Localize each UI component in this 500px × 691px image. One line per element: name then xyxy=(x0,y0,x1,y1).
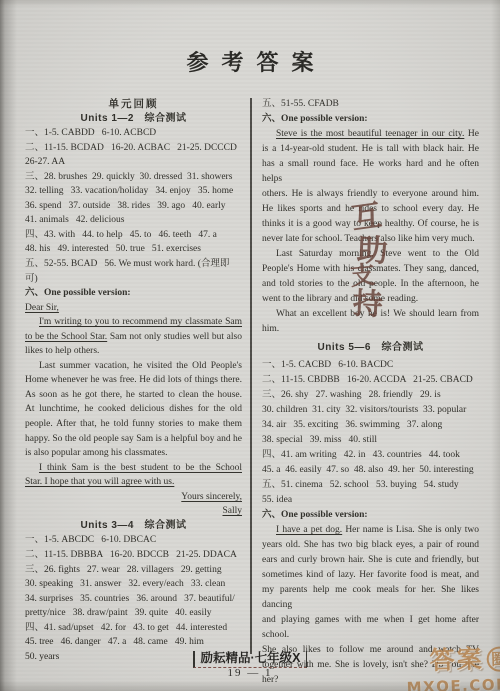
text-line: 二、11-15. DBBBA 16-20. BDCCB 21-25. DDACA xyxy=(25,548,242,563)
text-line: 45. a 46. easily 47. so 48. also 49. her… xyxy=(262,463,479,478)
text-line: 三、26. fights 27. wear 28. villagers 29. … xyxy=(25,563,242,578)
text-line: ears and curly brown hair. She is cute a… xyxy=(262,553,479,568)
text-line: is also popular among his classmates. xyxy=(25,446,242,461)
text-line: 三、26. shy 27. washing 28. friendly 29. i… xyxy=(262,388,479,403)
text-line: 32. telling 33. vacation/holiday 34. enj… xyxy=(25,184,242,199)
text-line: has a small round face. He works hard an… xyxy=(262,157,479,187)
text-line: 48. his 49. interested 50. true 51. exer… xyxy=(25,242,242,257)
text-line: 30. speaking 31. answer 32. every/each 3… xyxy=(25,577,242,592)
text-line: Sally xyxy=(25,504,242,519)
text-line: sometimes kind of lazy. Her favorite foo… xyxy=(262,568,479,583)
text-line: I'm writing to you to recommend my class… xyxy=(25,315,242,330)
footer-brand: 励耘精品·七年级X xyxy=(193,651,306,668)
text-line: People's Home with his classmates. They … xyxy=(262,262,479,277)
text-line: never late for school. Teachers also lik… xyxy=(262,232,479,247)
text-line: years old. She has two big black eyes, a… xyxy=(262,538,479,553)
text-line: 二、11-15. CBDBB 16-20. ACCDA 21-25. CBACD xyxy=(262,373,479,388)
text-line: 一、1-5. ABCDC 6-10. DBCAC xyxy=(25,533,242,548)
text-line: 36. spend 37. outside 38. rides 39. ago … xyxy=(25,199,242,214)
text-line: others. He is always friendly to everyon… xyxy=(262,187,479,202)
watermark: 答案圈 MXQE.COM xyxy=(405,638,500,691)
text-line: went to the library and did some reading… xyxy=(262,292,479,307)
text-line: At lunchtime, he cooked delicious dishes… xyxy=(25,402,242,417)
text-line: I have a pet dog. Her name is Lisa. She … xyxy=(262,523,479,538)
text-line: Units 1—2 综合测试 xyxy=(25,112,242,127)
page-title: 参考答案 xyxy=(0,46,500,77)
watermark-logo-text: 答案 xyxy=(429,644,484,675)
text-line: 四、41. am writing 42. in 43. countries 44… xyxy=(262,448,479,463)
text-line: 六、One possible version: xyxy=(262,112,479,127)
text-line: pretty/nice 38. draw/paint 39. quite 40.… xyxy=(25,606,242,621)
text-line: and told stories to the old people. In t… xyxy=(262,277,479,292)
text-line: 六、One possible version: xyxy=(262,508,479,523)
text-line: Last summer vacation, he visited the Old… xyxy=(25,359,242,374)
text-line: Steve is the most beautiful teenager in … xyxy=(262,127,479,142)
text-line: Dear Sir, xyxy=(25,301,242,316)
text-line: him. xyxy=(262,322,479,337)
text-line: Units 3—4 综合测试 xyxy=(25,519,242,534)
text-line: 55. idea xyxy=(262,493,479,508)
text-line: is a 14-year-old student. He is tall wit… xyxy=(262,142,479,157)
text-line: 41. animals 42. delicious xyxy=(25,213,242,228)
text-line: 五、51-55. CFADB xyxy=(262,97,479,112)
text-line: Yours sincerely, xyxy=(25,490,242,505)
text-line: thinks it is a good way to keep healthy.… xyxy=(262,217,479,232)
text-line: people. After that, he told funny storie… xyxy=(25,417,242,432)
text-line: 五、51. cinema 52. school 53. buying 54. s… xyxy=(262,478,479,493)
text-line: 38. special 39. miss 40. still xyxy=(262,433,479,448)
text-line: As soon as he got there, he started to c… xyxy=(25,388,242,403)
text-line: Units 5—6 综合测试 xyxy=(262,340,479,355)
text-line: 34. surprises 35. countries 36. around 3… xyxy=(25,592,242,607)
text-line: likes to help others. xyxy=(25,344,242,359)
text-line: happy. So the old people say Sam is a he… xyxy=(25,432,242,447)
text-line: 四、41. sad/upset 42. for 43. to get 44. i… xyxy=(25,621,242,636)
text-line: 二、11-15. BCDAD 16-20. ACBAC 21-25. DCCCD xyxy=(25,141,242,156)
text-line: 一、1-5. CACBD 6-10. BACDC xyxy=(262,358,479,373)
text-line: 34. air 35. exciting 36. swimming 37. al… xyxy=(262,418,479,433)
text-line: 26-27. AA xyxy=(25,155,242,170)
text-line: Home whenever he was free. He did lots o… xyxy=(25,373,242,388)
watermark-circle-icon: 圈 xyxy=(486,646,500,672)
text-line: 四、43. with 44. to help 45. to 46. teeth … xyxy=(25,228,242,243)
text-line: I think Sam is the best student to be th… xyxy=(25,461,242,476)
text-line: 六、One possible version: xyxy=(25,286,242,301)
answers-column-right: 五、51-55. CFADB六、One possible version:Ste… xyxy=(262,97,479,688)
text-line: and playing games with me when I get hom… xyxy=(262,613,479,643)
text-line: 单元回顾 xyxy=(25,97,242,112)
answers-column-left: 单元回顾Units 1—2 综合测试一、1-5. CABDD 6-10. ACB… xyxy=(25,97,242,664)
text-line: 30. children 31. city 32. visitors/touri… xyxy=(262,403,479,418)
text-line: to be the School Star. Sam not only stud… xyxy=(25,330,242,345)
text-line: 五、52-55. BCAD 56. We must work hard. (合理… xyxy=(25,257,242,286)
text-line: Star. I hope that you will agree with us… xyxy=(25,475,242,490)
text-line: my parents help me cook meals for her. S… xyxy=(262,583,479,613)
watermark-logo: 答案圈 xyxy=(405,638,500,678)
text-line: He likes sports and he rides to school e… xyxy=(262,202,479,217)
text-line: Last Saturday morning, Steve went to the… xyxy=(262,247,479,262)
watermark-site: MXQE.COM xyxy=(406,675,500,691)
scanned-page: 参考答案 单元回顾Units 1—2 综合测试一、1-5. CABDD 6-10… xyxy=(0,0,500,691)
text-line: What an excellent boy he is! We should l… xyxy=(262,307,479,322)
text-line: 一、1-5. CABDD 6-10. ACBCD xyxy=(25,126,242,141)
text-line: 三、28. brushes 29. quickly 30. dressed 31… xyxy=(25,170,242,185)
column-divider xyxy=(250,98,252,654)
